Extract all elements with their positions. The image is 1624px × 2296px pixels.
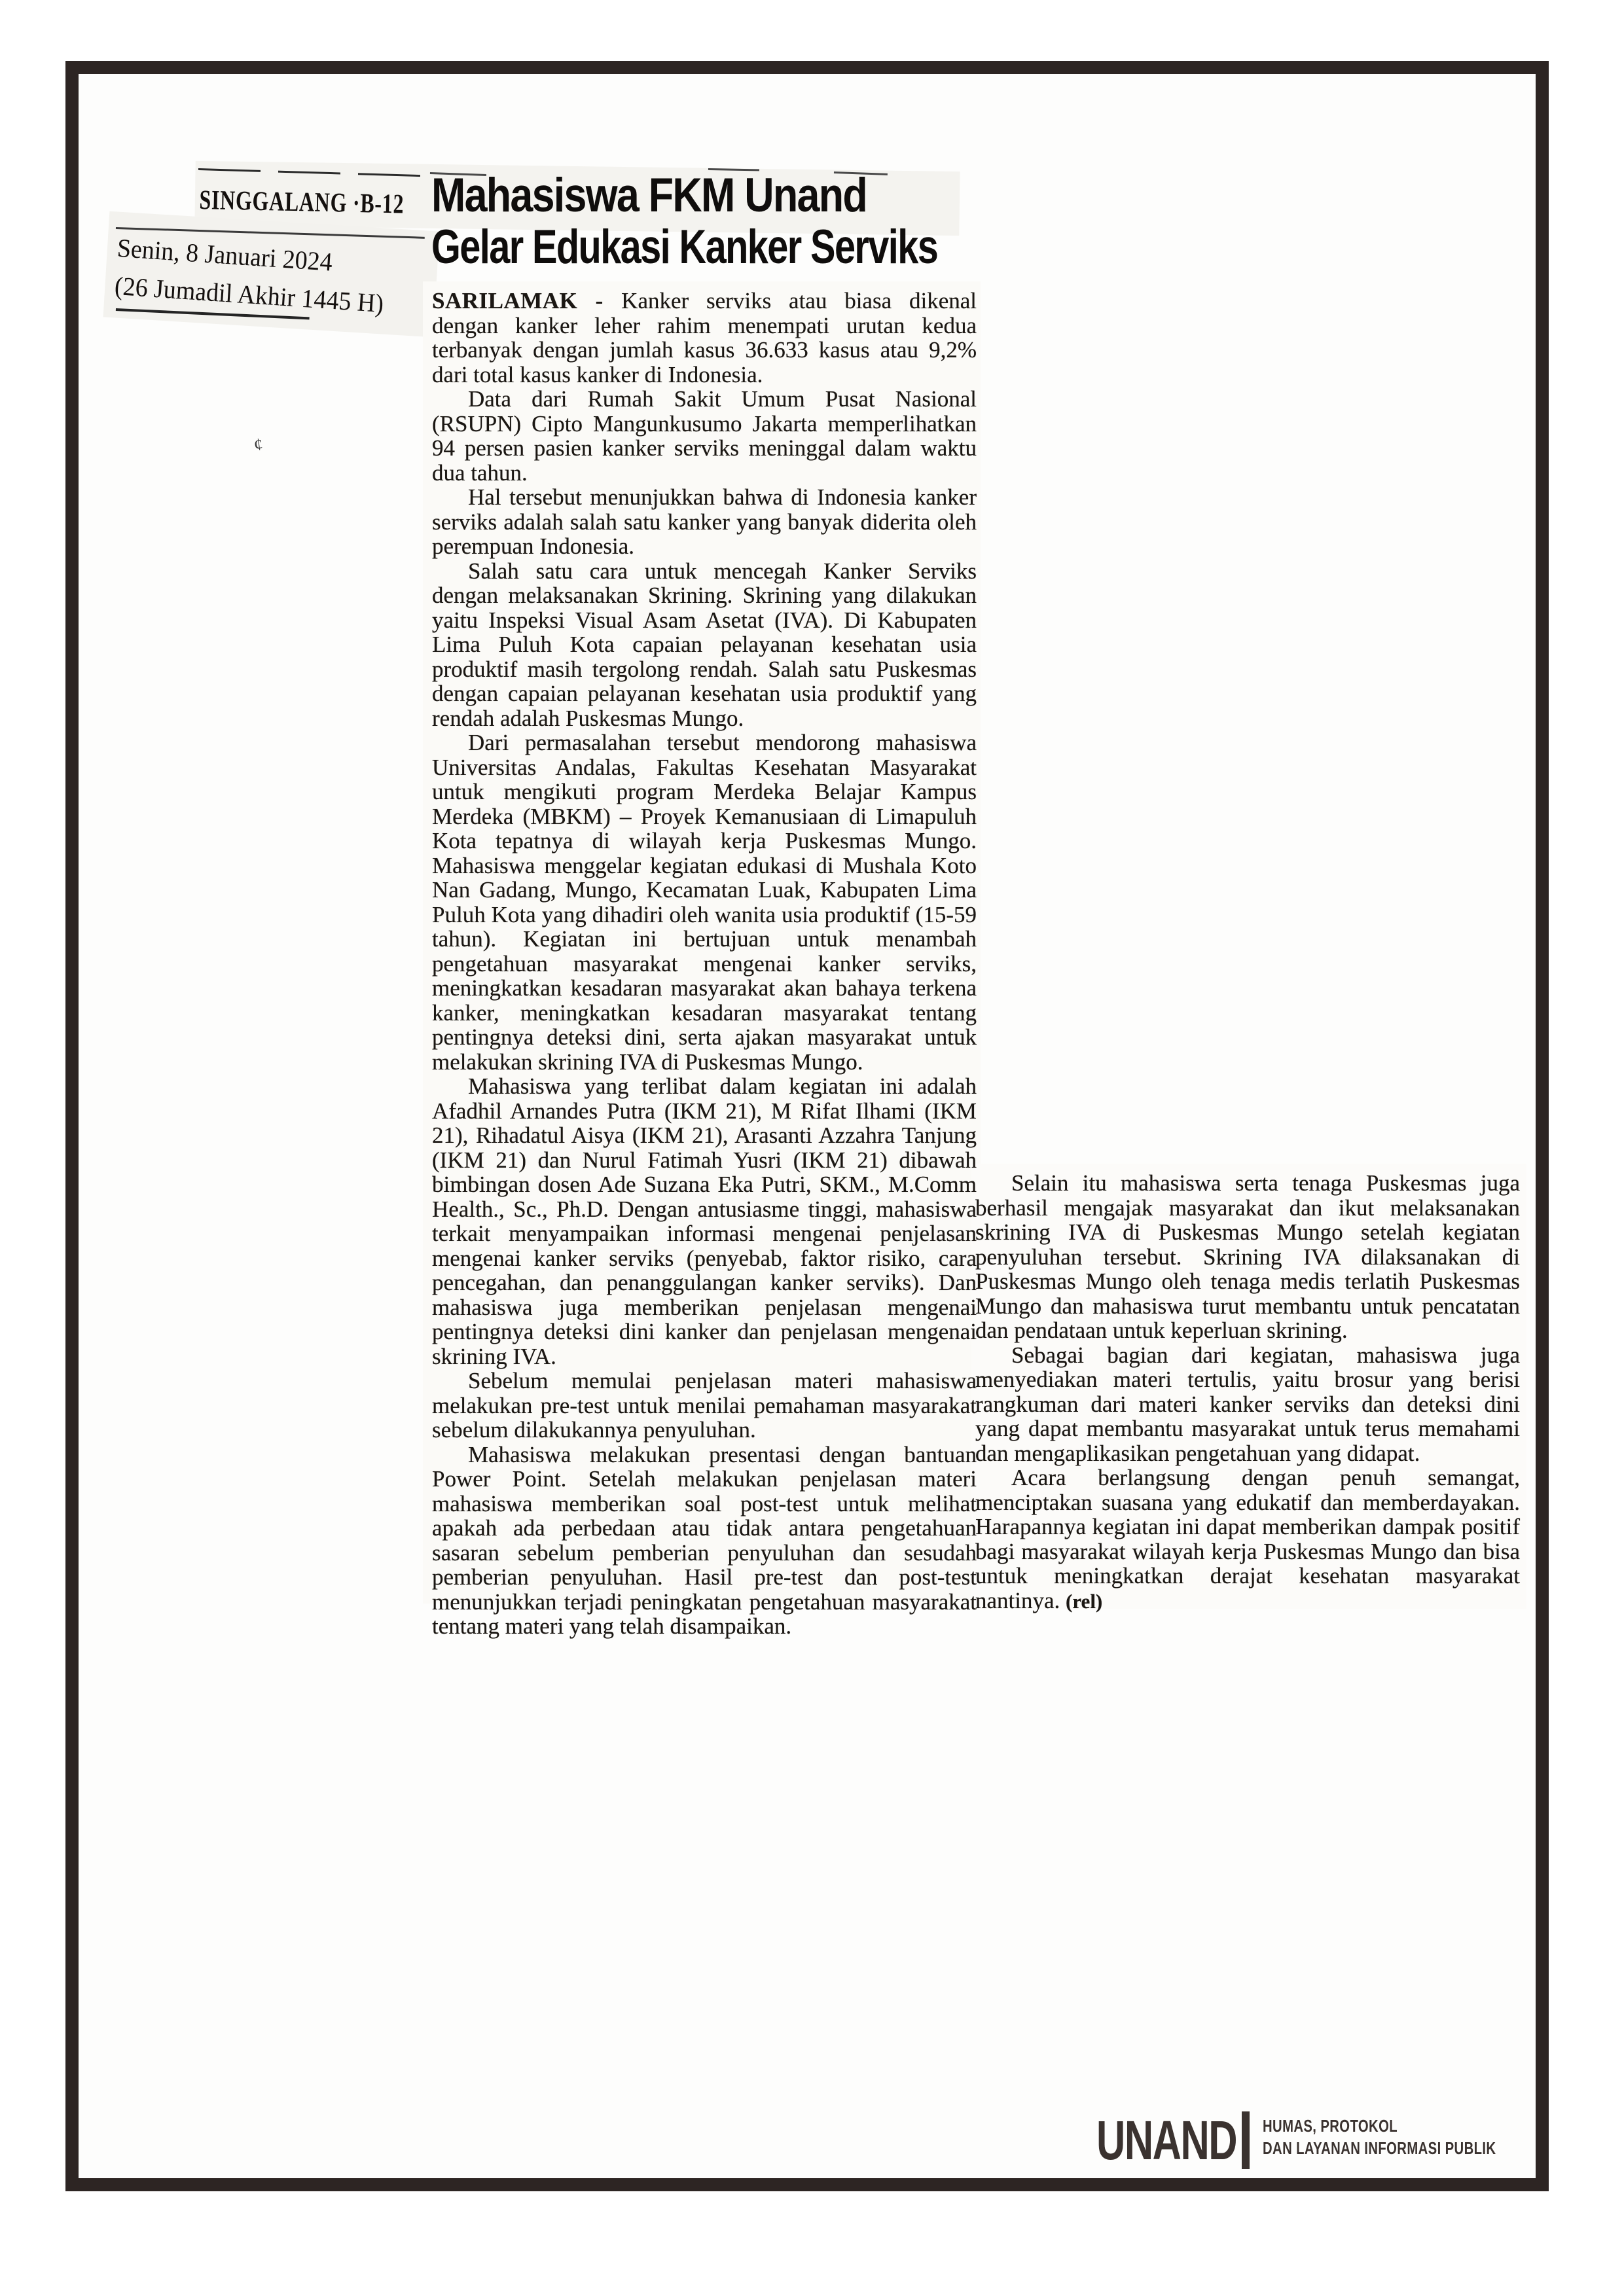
body-paragraph: Dari permasalahan tersebut mendorong mah… [432, 730, 977, 1074]
logo-unit-line-1: HUMAS, PROTOKOL [1263, 2115, 1398, 2137]
headline-line-2: Gelar Edukasi Kanker Serviks [431, 221, 937, 273]
article-right-column: Selain itu mahasiswa serta tenaga Puskes… [975, 1171, 1520, 1613]
unand-wordmark: UNAND [1096, 2109, 1236, 2172]
newspaper-masthead: SINGGALANG ·B-12 [199, 185, 469, 222]
source-tag: (rel) [1066, 1590, 1102, 1613]
logo-unit-line-2: DAN LAYANAN INFORMASI PUBLIK [1263, 2137, 1496, 2159]
body-paragraph: Selain itu mahasiswa serta tenaga Puskes… [975, 1171, 1520, 1343]
body-paragraph: Salah satu cara untuk mencegah Kanker Se… [432, 559, 977, 731]
closing-text: Acara berlangsung dengan penuh semangat,… [975, 1465, 1520, 1613]
body-paragraph: Sebelum memulai penjelasan materi mahasi… [432, 1369, 977, 1443]
headline-line-1: Mahasiswa FKM Unand [431, 170, 867, 221]
closing-paragraph: Acara berlangsung dengan penuh semangat,… [975, 1465, 1520, 1613]
dateline: SARILAMAK - [432, 288, 621, 314]
body-paragraph: Hal tersebut menunjukkan bahwa di Indone… [432, 485, 977, 559]
unand-logo: UNAND [1096, 2109, 1288, 2172]
masthead-label: SINGGALANG ·B-12 [199, 185, 405, 221]
article-left-column: SARILAMAK - Kanker serviks atau biasa di… [432, 289, 977, 1639]
logo-divider-bar [1242, 2111, 1250, 2169]
body-paragraph: Mahasiswa melakukan presentasi dengan ba… [432, 1443, 977, 1639]
article-headline: Mahasiswa FKM Unand Gelar Edukasi Kanker… [431, 170, 1072, 273]
body-paragraph: Data dari Rumah Sakit Umum Pusat Nasiona… [432, 387, 977, 485]
body-paragraph: Sebagai bagian dari kegiatan, mahasiswa … [975, 1343, 1520, 1466]
logo-unit-text: HUMAS, PROTOKOL DAN LAYANAN INFORMASI PU… [1263, 2115, 1562, 2159]
lead-paragraph: SARILAMAK - Kanker serviks atau biasa di… [432, 289, 977, 387]
body-paragraph: Mahasiswa yang terlibat dalam kegiatan i… [432, 1074, 977, 1369]
